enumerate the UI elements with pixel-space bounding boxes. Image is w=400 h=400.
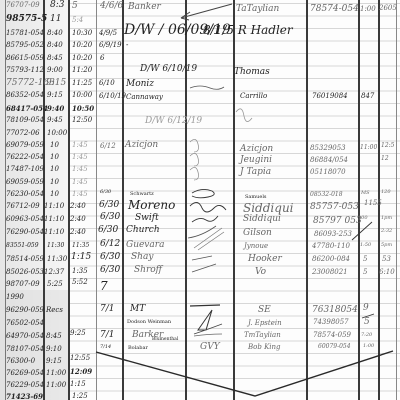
handwritten-marks [0,0,400,400]
ledger-page: 76707-09 8:3 5 4/6/6 Banker TaTaylian 78… [0,0,400,400]
